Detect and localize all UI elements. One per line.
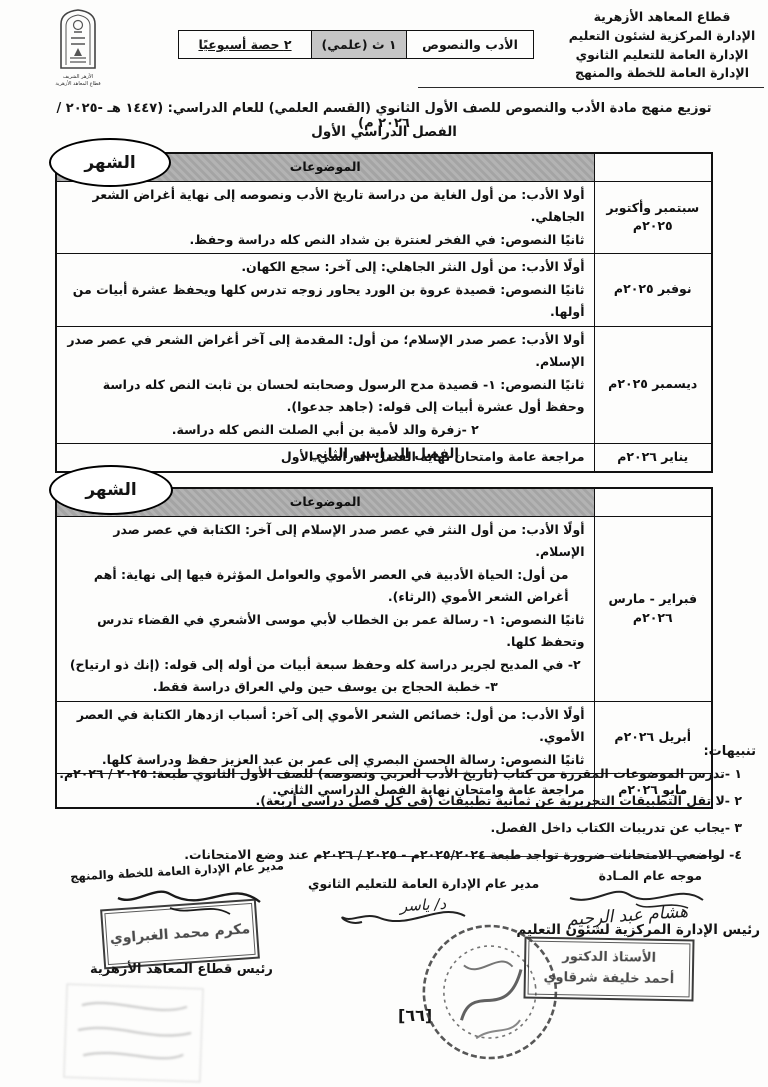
logo-caption: الأزهر الشريف قطاع المعاهد الأزهرية xyxy=(50,74,106,87)
topics-cell: أولًا الأدب: من أول النثر في عصر صدر الإ… xyxy=(56,516,594,701)
org-line: الإدارة العامة للتعليم الثانوي xyxy=(562,46,762,65)
topic-line: ثانيًا النصوص: ١- قصيدة مدح الرسول وصحاب… xyxy=(66,374,585,419)
plan-director-signature-icon xyxy=(110,876,270,920)
faint-stamp xyxy=(63,984,203,1083)
header-divider xyxy=(418,87,764,88)
notes-title: تنبيهات: xyxy=(50,744,756,759)
note-item: ٣ -يجاب عن تدريبات الكتاب داخل الفصل. xyxy=(50,815,756,842)
org-header-block: قطاع المعاهد الأزهرية الإدارة المركزية ل… xyxy=(562,8,762,83)
topic-line: ٢ -زفرة والد لأمية بن أبي الصلت النص كله… xyxy=(66,419,585,442)
month-cell: فبراير - مارس ٢٠٢٦م xyxy=(594,516,712,701)
notes-divider xyxy=(318,856,714,857)
month-ellipse: الشهر xyxy=(49,465,173,515)
document-page: قطاع المعاهد الأزهرية الإدارة المركزية ل… xyxy=(0,0,768,1087)
note-item: ٢ -لا تقل التطبيقات التحريرية عن ثمانية … xyxy=(50,788,756,815)
semester1-title: الفصل الدراسي الأول xyxy=(40,124,728,140)
table-row: ديسمبر ٢٠٢٥م أولا الأدب: عصر صدر الإسلام… xyxy=(56,326,712,444)
org-line: الإدارة المركزية لشئون التعليم xyxy=(562,27,762,46)
signatures-section: موجه عام المـادة هشام عبد الرحيم مدير عا… xyxy=(0,862,768,1087)
topic-line: ثانيًا النصوص: في الفخر لعنترة بن شداد ا… xyxy=(66,229,585,252)
semester1-table-wrap: الشهر الموضوعات سبتمبر وأكتوبر ٢٠٢٥م أول… xyxy=(55,152,713,473)
plan-director-stamp-name: مكرم محمد الغبراوي xyxy=(109,921,250,947)
topic-line: ٢- في المديح لجرير دراسة كله وحفظ سبعة أ… xyxy=(66,654,585,677)
central-admin-stamp-line: الأستاذ الدكتور xyxy=(562,947,656,969)
month-ellipse: الشهر xyxy=(49,138,171,187)
topics-cell: أولا الأدب: من أول الغاية من دراسة تاريخ… xyxy=(56,181,594,254)
month-header-cell xyxy=(594,153,712,181)
org-line: الإدارة العامة للخطة والمنهج xyxy=(562,64,762,83)
topic-line: أولًا الأدب: من أول: خصائص الشعر الأموي … xyxy=(66,704,585,749)
topic-line: ٣- خطبة الحجاج بن يوسف حين ولي العراق در… xyxy=(66,676,585,699)
table-row: نوفبر ٢٠٢٥م أولًا الأدب: من أول النثر ال… xyxy=(56,254,712,327)
month-cell: سبتمبر وأكتوبر ٢٠٢٥م xyxy=(594,181,712,254)
subject-box: الأدب والنصوص xyxy=(406,31,533,58)
sector-head-title: رئيس قطاع المعاهد الأزهرية xyxy=(90,962,273,977)
grade-box: ١ ث (علمي) xyxy=(311,31,406,58)
topic-line: أولا الأدب: من أول الغاية من دراسة تاريخ… xyxy=(66,184,585,229)
notes-section: تنبيهات: ١ -تدرس الموضوعات المقررة من كت… xyxy=(50,744,756,869)
month-header-cell xyxy=(594,488,712,516)
topic-line: أولا الأدب: عصر صدر الإسلام؛ من أول: الم… xyxy=(66,329,585,374)
faint-stamp-marks-icon xyxy=(64,985,202,1082)
header-boxes-row: الأدب والنصوص ١ ث (علمي) ٢ حصة أسبوعيًا xyxy=(178,30,534,59)
org-line: قطاع المعاهد الأزهرية xyxy=(562,8,762,27)
table-row: سبتمبر وأكتوبر ٢٠٢٥م أولا الأدب: من أول … xyxy=(56,181,712,254)
weekly-periods-box: ٢ حصة أسبوعيًا xyxy=(179,31,311,58)
topic-line: ثانيًا النصوص: قصيدة عروة بن الورد يحاور… xyxy=(66,279,585,324)
azhar-emblem-icon xyxy=(57,8,99,70)
month-cell: نوفبر ٢٠٢٥م xyxy=(594,254,712,327)
table-row: فبراير - مارس ٢٠٢٦م أولًا الأدب: من أول … xyxy=(56,516,712,701)
month-cell: ديسمبر ٢٠٢٥م xyxy=(594,326,712,444)
semester1-table: الموضوعات سبتمبر وأكتوبر ٢٠٢٥م أولا الأد… xyxy=(55,152,713,473)
note-item: ١ -تدرس الموضوعات المقررة من كتاب (تاريخ… xyxy=(50,761,756,788)
topic-line: من أول: الحياة الأدبية في العصر الأموي و… xyxy=(66,564,585,609)
topic-line: أولًا الأدب: من أول النثر الجاهلي: إلى آ… xyxy=(66,256,585,279)
topics-cell: أولًا الأدب: من أول النثر الجاهلي: إلى آ… xyxy=(56,254,594,327)
topic-line: ثانيًا النصوص: ١- رسالة عمر بن الخطاب لأ… xyxy=(66,609,585,654)
circular-stamp-icon xyxy=(403,910,578,1076)
topic-line: أولًا الأدب: من أول النثر في عصر صدر الإ… xyxy=(66,519,585,564)
semester2-title: الفصل الدراسي الثاني xyxy=(40,446,728,462)
azhar-logo: الأزهر الشريف قطاع المعاهد الأزهرية xyxy=(50,8,106,87)
secondary-director-title: مدير عام الإدارة العامة للتعليم الثانوي xyxy=(308,876,539,891)
topics-cell: أولا الأدب: عصر صدر الإسلام؛ من أول: الم… xyxy=(56,326,594,444)
